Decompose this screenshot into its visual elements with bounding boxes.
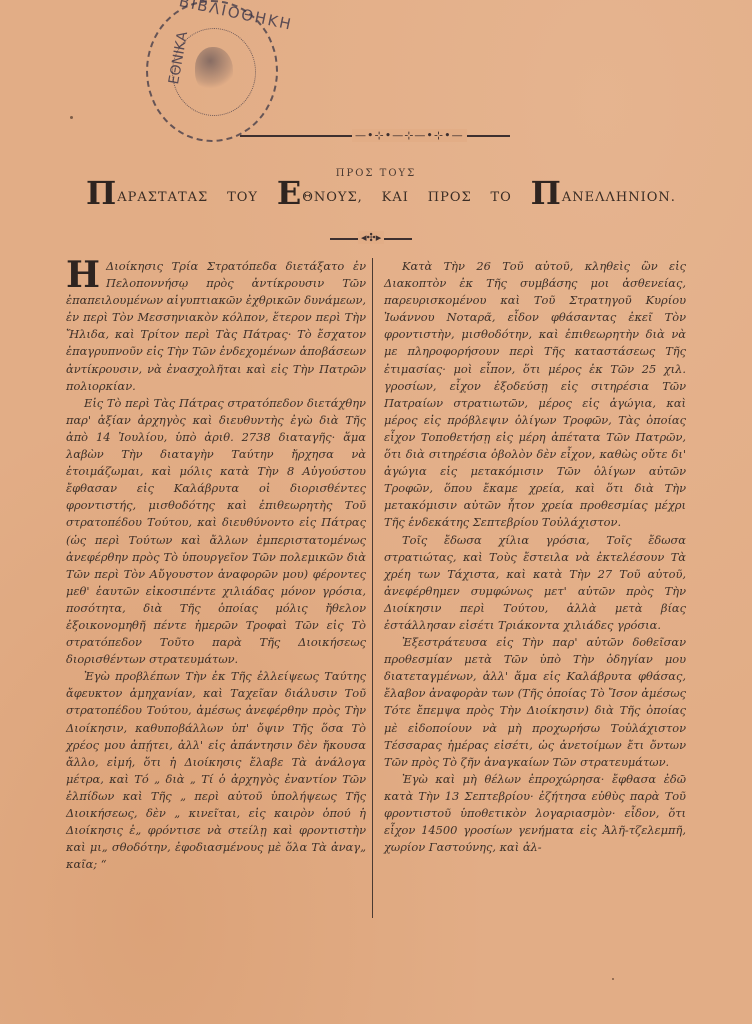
paragraph: Η Διοίκησις Τρία Στρατόπεδα διετάξατο ἐν… xyxy=(66,258,366,395)
text-column-left: Η Διοίκησις Τρία Στρατόπεδα διετάξατο ἐν… xyxy=(66,258,366,873)
title-initial: Π xyxy=(531,178,562,208)
title-word-tou: ΤΟΥ xyxy=(227,190,258,208)
drop-cap: Η xyxy=(66,260,100,290)
title-word-panellinion: Π ΑΝΕΛΛΗΝΙΟΝ. xyxy=(531,178,676,208)
title-initial: Ε xyxy=(277,178,302,208)
column-divider xyxy=(372,258,373,918)
paragraph: Τοῖς ἔδωσα χίλια γρόσια, Τοῖς ἔδωσα στρα… xyxy=(384,532,686,635)
ornamental-rule-top: —•⊹•—⊹—•⊹•— xyxy=(240,133,510,139)
title-word-to: ΤΟ xyxy=(491,190,512,208)
stamp-text-top: ΒΙΒΛΙΟΘΗΚΗ xyxy=(177,0,294,34)
portrait-profile-icon xyxy=(195,47,233,93)
ornament-fleuron-icon: ◂✣▸ xyxy=(358,231,384,244)
library-seal-icon: ΒΙΒΛΙΟΘΗΚΗ ΕΘΝΙΚΑ xyxy=(146,0,278,142)
title-word-kai: ΚΑΙ xyxy=(382,190,409,208)
page-title: Π ΑΡΑΣΤΑΤΑΣ ΤΟΥ Ε ΘΝΟΥΣ, ΚΑΙ ΠΡΟΣ ΤΟ Π Α… xyxy=(86,178,676,208)
paper-speck xyxy=(70,116,73,119)
document-page: ΒΙΒΛΙΟΘΗΚΗ ΕΘΝΙΚΑ —•⊹•—⊹—•⊹•— ΠΡΟΣ ΤΟΥΣ … xyxy=(0,0,752,1024)
title-initial: Π xyxy=(86,178,117,208)
stamp-inner-ring xyxy=(172,28,256,116)
title-word-ethnous: Ε ΘΝΟΥΣ, xyxy=(277,178,363,208)
paragraph: Ἐγὼ καὶ μὴ θέλων ἐπροχώρησα· ἔφθασα ἐδῶ … xyxy=(384,771,686,856)
paragraph: Ἐγὼ προβλέπων Τὴν ἐκ Τῆς ἐλλείψεως Ταύτη… xyxy=(66,668,366,873)
paper-speck xyxy=(612,978,614,980)
ornament-flourish-icon: —•⊹•—⊹—•⊹•— xyxy=(352,129,467,142)
paragraph: Κατὰ Τὴν 26 Τοῦ αὐτοῦ, κληθεὶς ὢν εἰς Δι… xyxy=(384,258,686,532)
ornamental-rule-middle: ◂✣▸ xyxy=(330,234,412,244)
title-word-parastatas: Π ΑΡΑΣΤΑΤΑΣ xyxy=(86,178,208,208)
paragraph: Εἰς Τὸ περὶ Τὰς Πάτρας στρατόπεδον διετά… xyxy=(66,395,366,669)
title-word-pros: ΠΡΟΣ xyxy=(428,190,472,208)
text-column-right: Κατὰ Τὴν 26 Τοῦ αὐτοῦ, κληθεὶς ὢν εἰς Δι… xyxy=(384,258,686,856)
paragraph: Ἐξεστράτευσα εἰς Τὴν παρ' αὐτῶν δοθεῖσαν… xyxy=(384,634,686,771)
